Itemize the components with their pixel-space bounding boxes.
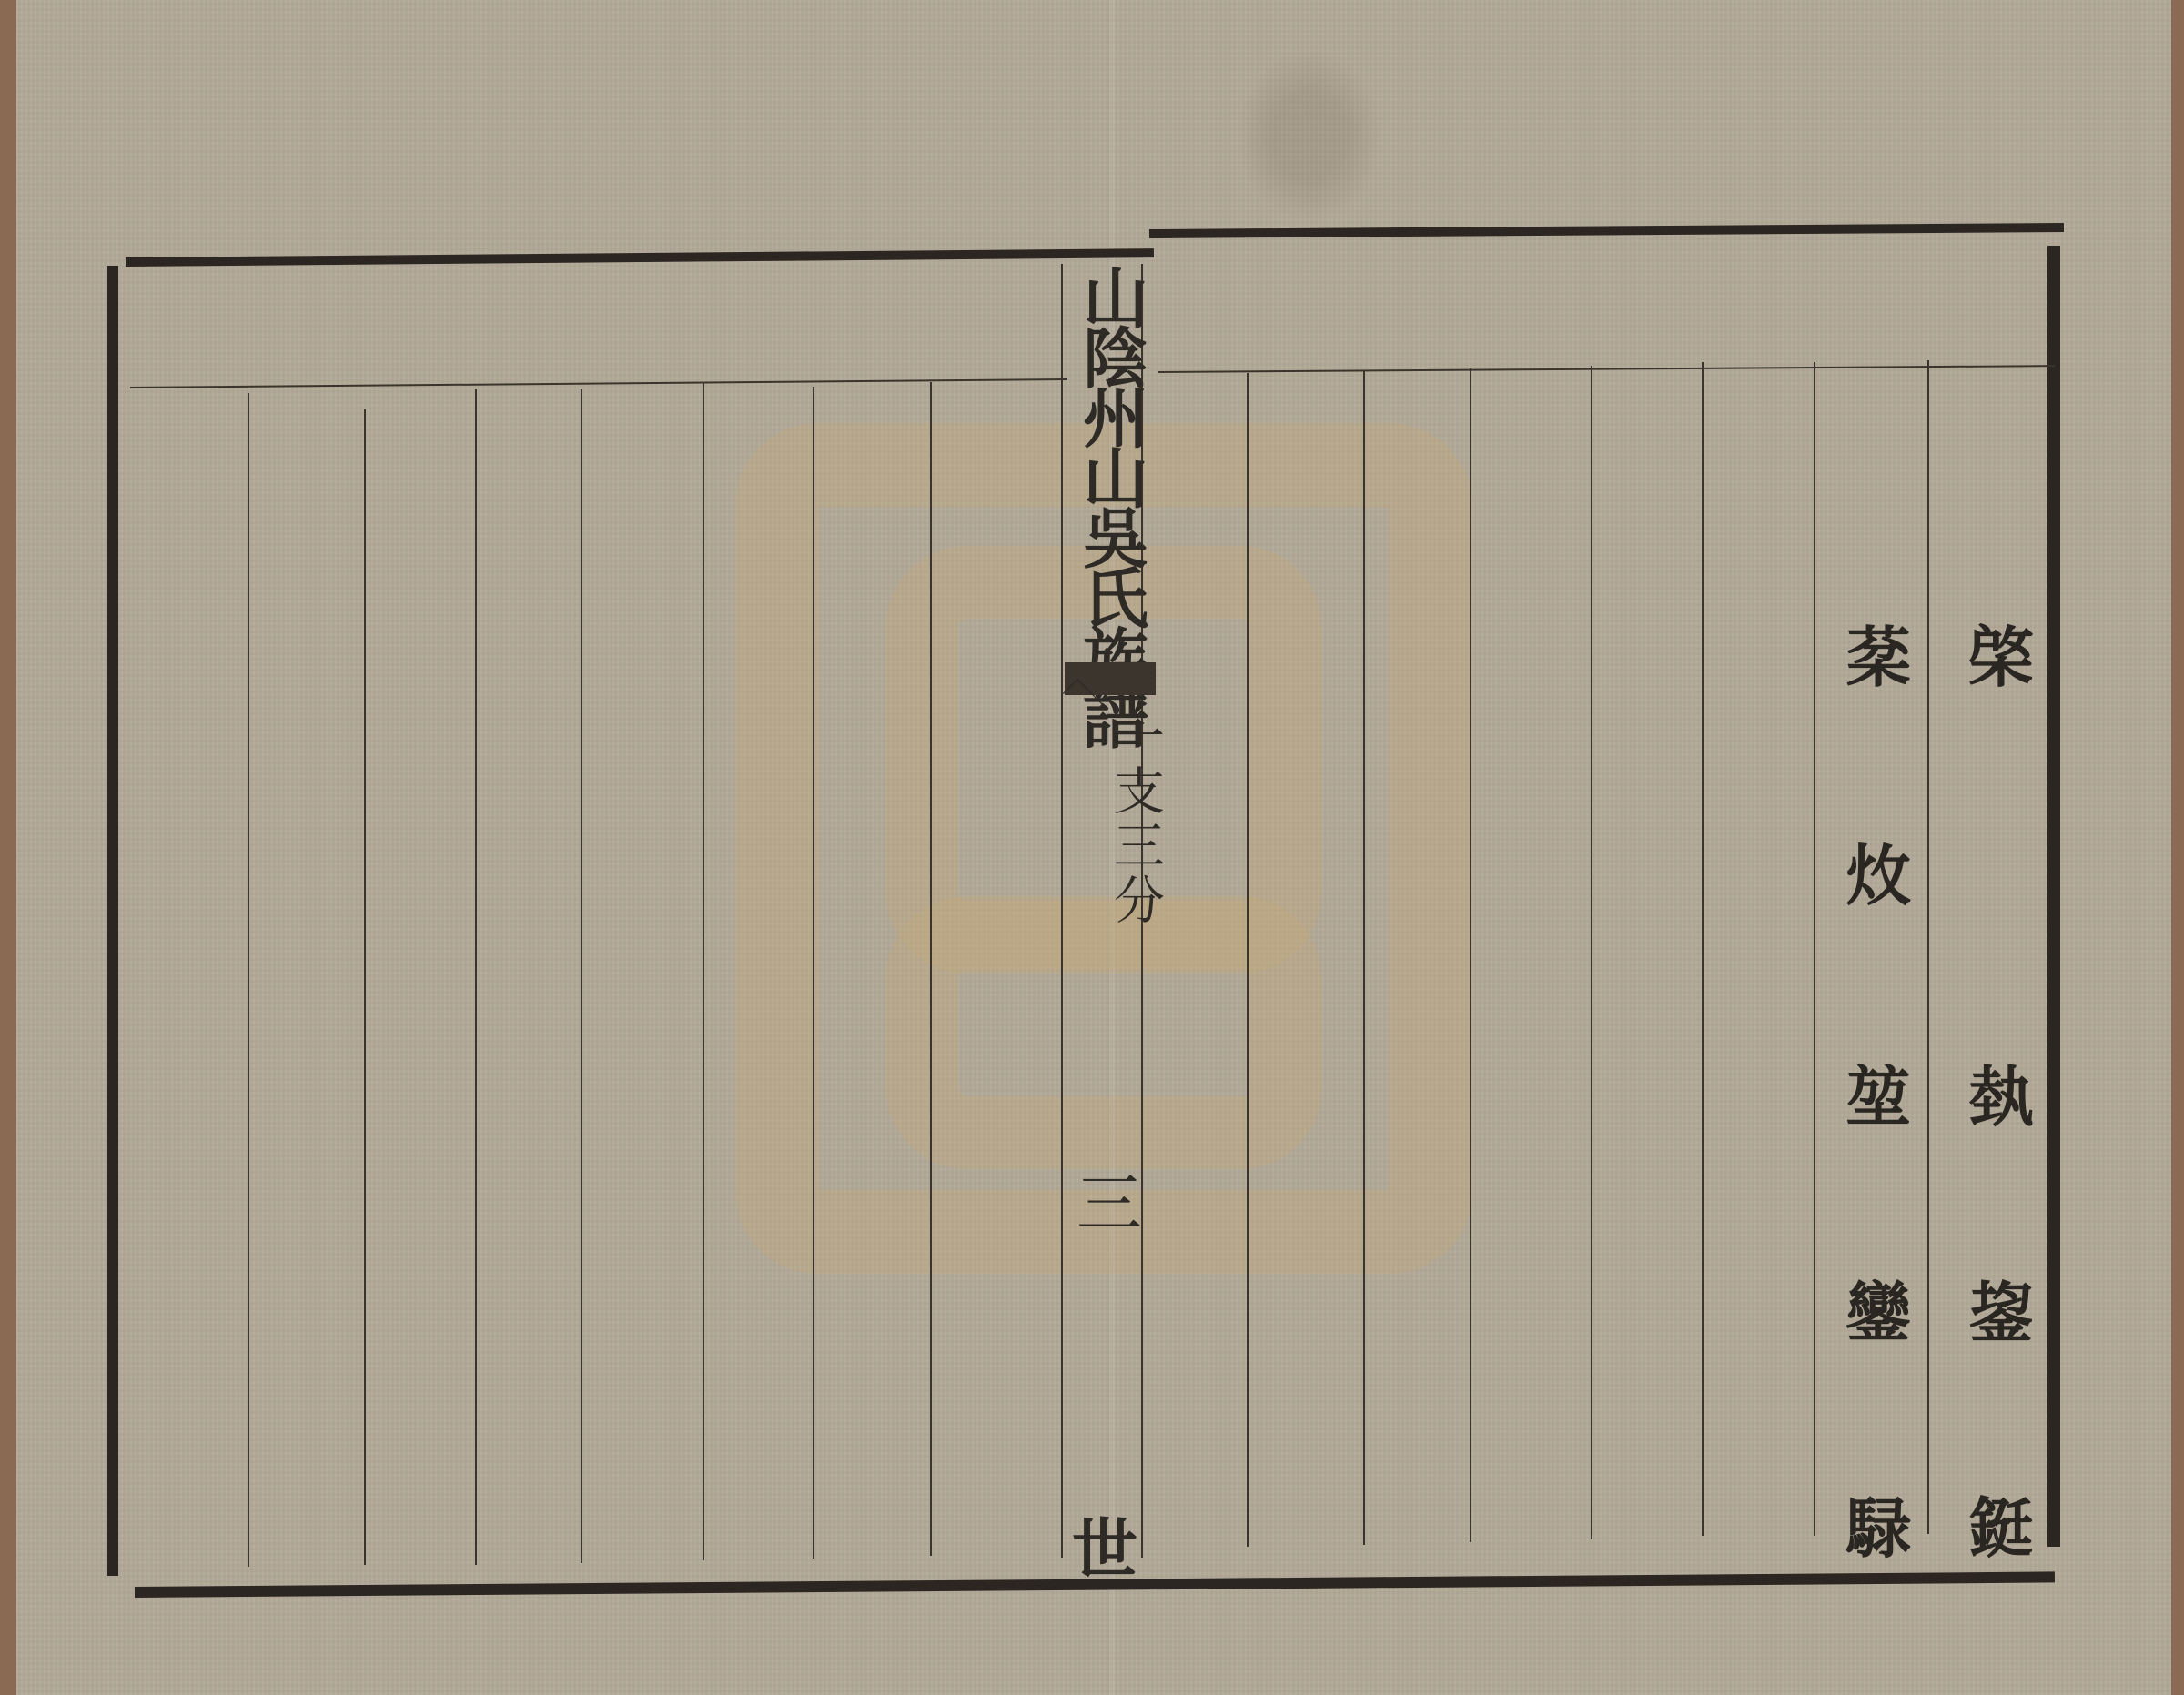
column-line xyxy=(1591,366,1592,1539)
name-entry: 鋆 xyxy=(1968,1260,2034,1355)
column-line xyxy=(1814,362,1815,1536)
frame-right xyxy=(2047,246,2060,1547)
fish-tail-mark xyxy=(1065,662,1156,695)
column-line xyxy=(1702,362,1704,1536)
column-line xyxy=(1927,360,1929,1534)
branch-label: 一支三分 xyxy=(1108,710,1161,928)
header-rule-left xyxy=(130,378,1067,388)
name-entry: 鑾 xyxy=(1845,1260,1911,1355)
column-line xyxy=(581,389,582,1563)
column-line xyxy=(813,387,814,1559)
frame-top-right xyxy=(1149,223,2064,238)
column-line xyxy=(930,382,932,1556)
page-number: 三 xyxy=(1077,1151,1142,1246)
column-line xyxy=(1470,368,1471,1542)
name-entry: 棨 xyxy=(1968,605,2034,700)
header-rule-right xyxy=(1158,365,2055,373)
name-entry: 棻 xyxy=(1845,605,1911,700)
name-entry: 炇 xyxy=(1845,823,1911,918)
column-line xyxy=(475,389,477,1565)
column-line xyxy=(364,409,366,1565)
column-line xyxy=(1363,371,1365,1545)
center-column-line xyxy=(1061,264,1063,1558)
frame-top xyxy=(126,248,1154,267)
generation-label: 世 xyxy=(1072,1497,1137,1591)
column-line xyxy=(1247,373,1249,1547)
frame-left xyxy=(107,266,118,1576)
name-entry: 騄 xyxy=(1845,1476,1911,1570)
paper-sheet: 山陰州山吳氏族譜 一支三分 三 世 棨 𤄰 埶 鋆 鋌 棻 炇 堃 鑾 騄 xyxy=(16,0,2171,1695)
name-entry: 埶 xyxy=(1968,1044,2034,1139)
column-line xyxy=(248,393,249,1567)
name-entry: 堃 xyxy=(1845,1044,1911,1139)
column-line xyxy=(703,382,704,1560)
name-entry: 鋌 xyxy=(1968,1476,2034,1570)
